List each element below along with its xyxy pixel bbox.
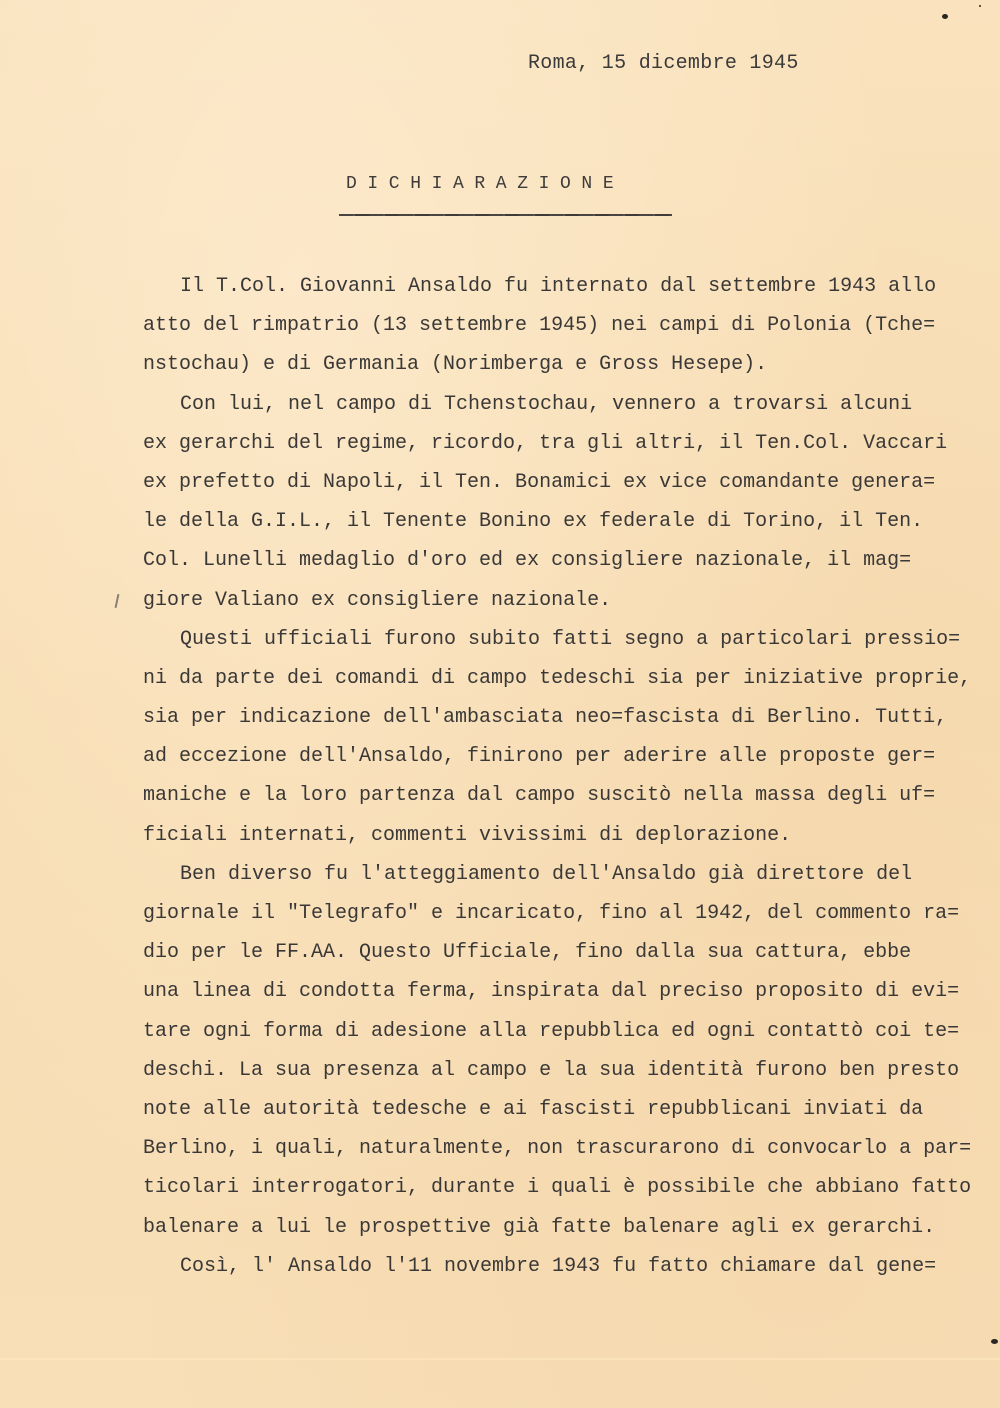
ink-speck	[979, 5, 981, 7]
document-body: Il T.Col. Giovanni Ansaldo fu internato …	[143, 272, 993, 1291]
title-underline	[339, 214, 672, 216]
text-line: ex prefetto di Napoli, il Ten. Bonamici …	[143, 468, 993, 507]
place-date: Roma, 15 dicembre 1945	[528, 52, 799, 75]
text-line: ex gerarchi del regime, ricordo, tra gli…	[143, 429, 993, 468]
text-line: Questi ufficiali furono subito fatti seg…	[143, 625, 993, 664]
text-line: atto del rimpatrio (13 settembre 1945) n…	[143, 311, 993, 350]
text-line: Così, l' Ansaldo l'11 novembre 1943 fu f…	[143, 1252, 993, 1291]
ink-speck	[942, 14, 948, 19]
text-line: Col. Lunelli medaglio d'oro ed ex consig…	[143, 546, 993, 585]
text-line: ficiali internati, commenti vivissimi di…	[143, 821, 993, 860]
text-line: Berlino, i quali, naturalmente, non tras…	[143, 1134, 993, 1173]
text-line: le della G.I.L., il Tenente Bonino ex fe…	[143, 507, 993, 546]
text-line: sia per indicazione dell'ambasciata neo=…	[143, 703, 993, 742]
text-line: nstochau) e di Germania (Norimberga e Gr…	[143, 350, 993, 389]
text-line: tare ogni forma di adesione alla repubbl…	[143, 1017, 993, 1056]
text-line: ticolari interrogatori, durante i quali …	[143, 1173, 993, 1212]
text-line: note alle autorità tedesche e ai fascist…	[143, 1095, 993, 1134]
text-line: ad eccezione dell'Ansaldo, finirono per …	[143, 742, 993, 781]
text-line: Ben diverso fu l'atteggiamento dell'Ansa…	[143, 860, 993, 899]
text-line: maniche e la loro partenza dal campo sus…	[143, 781, 993, 820]
document-title: DICHIARAZIONE	[346, 174, 624, 194]
text-line: dio per le FF.AA. Questo Ufficiale, fino…	[143, 938, 993, 977]
text-line: Con lui, nel campo di Tchenstochau, venn…	[143, 390, 993, 429]
text-line: una linea di condotta ferma, inspirata d…	[143, 977, 993, 1016]
text-line: giore Valiano ex consigliere nazionale.	[143, 586, 993, 625]
text-line: Il T.Col. Giovanni Ansaldo fu internato …	[143, 272, 993, 311]
text-line: ni da parte dei comandi di campo tedesch…	[143, 664, 993, 703]
ink-speck	[991, 1339, 998, 1344]
text-line: giornale il "Telegrafo" e incaricato, fi…	[143, 899, 993, 938]
text-line: balenare a lui le prospettive già fatte …	[143, 1213, 993, 1252]
text-line: deschi. La sua presenza al campo e la su…	[143, 1056, 993, 1095]
paper-fold-line	[0, 1358, 1000, 1360]
